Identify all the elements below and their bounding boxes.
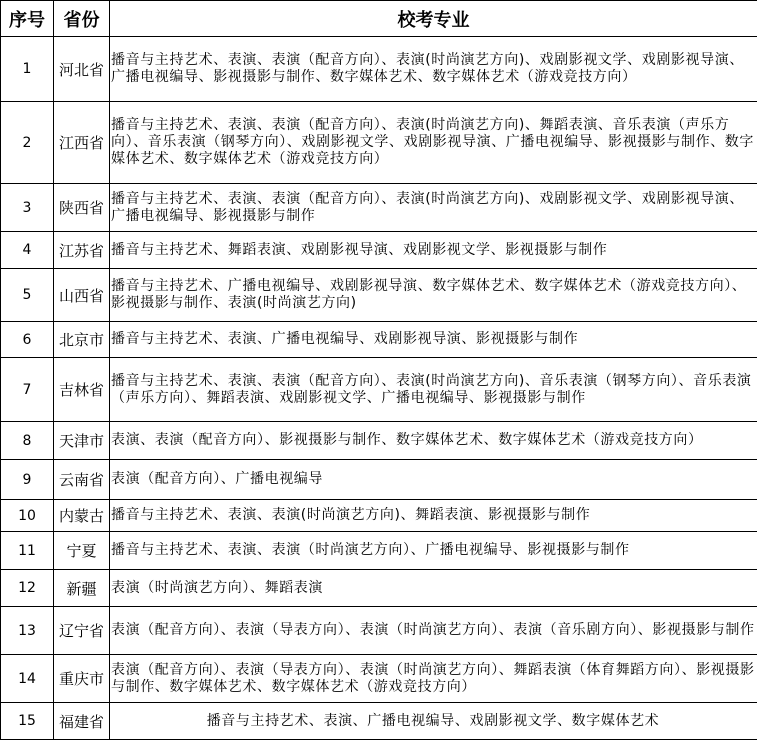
table-row: 5 山西省 播音与主持艺术、广播电视编导、戏剧影视导演、数字媒体艺术、数字媒体艺…: [1, 269, 757, 322]
row-province: 北京市: [54, 322, 110, 358]
row-majors: 播音与主持艺术、表演、表演（时尚演艺方向）、广播电视编导、影视摄影与制作: [110, 532, 757, 570]
row-majors: 播音与主持艺术、表演、表演（配音方向）、表演(时尚演艺方向)、戏剧影视文学、戏剧…: [110, 37, 757, 102]
row-province: 福建省: [54, 703, 110, 740]
row-province: 辽宁省: [54, 607, 110, 655]
row-index: 12: [1, 570, 54, 607]
row-majors: 播音与主持艺术、表演、表演（配音方向）、表演(时尚演艺方向)、舞蹈表演、音乐表演…: [110, 102, 757, 184]
table-row: 10 内蒙古 播音与主持艺术、表演、表演(时尚演艺方向)、舞蹈表演、影视摄影与制…: [1, 500, 757, 532]
row-index: 9: [1, 460, 54, 500]
table-row: 8 天津市 表演、表演（配音方向）、影视摄影与制作、数字媒体艺术、数字媒体艺术（…: [1, 422, 757, 460]
row-majors: 播音与主持艺术、表演、表演（配音方向）、表演(时尚演艺方向)、音乐表演（钢琴方向…: [110, 358, 757, 422]
row-index: 10: [1, 500, 54, 532]
row-province: 云南省: [54, 460, 110, 500]
table-row: 6 北京市 播音与主持艺术、表演、广播电视编导、戏剧影视导演、影视摄影与制作: [1, 322, 757, 358]
table-row: 12 新疆 表演（时尚演艺方向）、舞蹈表演: [1, 570, 757, 607]
table-row: 3 陕西省 播音与主持艺术、表演、表演（配音方向）、表演(时尚演艺方向)、戏剧影…: [1, 184, 757, 232]
table-row: 15 福建省 播音与主持艺术、表演、广播电视编导、戏剧影视文学、数字媒体艺术: [1, 703, 757, 740]
row-province: 陕西省: [54, 184, 110, 232]
row-province: 天津市: [54, 422, 110, 460]
header-province: 省份: [54, 1, 110, 37]
row-majors: 表演（配音方向）、表演（导表方向）、表演（时尚演艺方向）、表演（音乐剧方向）、影…: [110, 607, 757, 655]
row-index: 1: [1, 37, 54, 102]
row-index: 11: [1, 532, 54, 570]
row-majors: 播音与主持艺术、广播电视编导、戏剧影视导演、数字媒体艺术、数字媒体艺术（游戏竞技…: [110, 269, 757, 322]
row-index: 6: [1, 322, 54, 358]
row-province: 新疆: [54, 570, 110, 607]
table-row: 9 云南省 表演（配音方向）、广播电视编导: [1, 460, 757, 500]
row-index: 14: [1, 655, 54, 703]
table-body: 1 河北省 播音与主持艺术、表演、表演（配音方向）、表演(时尚演艺方向)、戏剧影…: [1, 37, 757, 740]
header-index: 序号: [1, 1, 54, 37]
header-row: 序号 省份 校考专业: [1, 1, 757, 37]
row-province: 江西省: [54, 102, 110, 184]
row-majors: 播音与主持艺术、表演、表演(时尚演艺方向)、舞蹈表演、影视摄影与制作: [110, 500, 757, 532]
row-province: 山西省: [54, 269, 110, 322]
row-index: 2: [1, 102, 54, 184]
header-majors: 校考专业: [110, 1, 757, 37]
row-majors: 播音与主持艺术、表演、表演（配音方向）、表演(时尚演艺方向)、戏剧影视文学、戏剧…: [110, 184, 757, 232]
row-province: 河北省: [54, 37, 110, 102]
row-province: 内蒙古: [54, 500, 110, 532]
row-majors: 表演（配音方向）、广播电视编导: [110, 460, 757, 500]
table-row: 7 吉林省 播音与主持艺术、表演、表演（配音方向）、表演(时尚演艺方向)、音乐表…: [1, 358, 757, 422]
table-row: 11 宁夏 播音与主持艺术、表演、表演（时尚演艺方向）、广播电视编导、影视摄影与…: [1, 532, 757, 570]
row-majors: 表演（时尚演艺方向）、舞蹈表演: [110, 570, 757, 607]
table-row: 2 江西省 播音与主持艺术、表演、表演（配音方向）、表演(时尚演艺方向)、舞蹈表…: [1, 102, 757, 184]
table-row: 1 河北省 播音与主持艺术、表演、表演（配音方向）、表演(时尚演艺方向)、戏剧影…: [1, 37, 757, 102]
row-province: 重庆市: [54, 655, 110, 703]
table-row: 4 江苏省 播音与主持艺术、舞蹈表演、戏剧影视导演、戏剧影视文学、影视摄影与制作: [1, 232, 757, 269]
row-index: 4: [1, 232, 54, 269]
majors-table: 序号 省份 校考专业 1 河北省 播音与主持艺术、表演、表演（配音方向）、表演(…: [0, 0, 757, 740]
row-majors: 播音与主持艺术、表演、广播电视编导、戏剧影视导演、影视摄影与制作: [110, 322, 757, 358]
row-majors: 表演、表演（配音方向）、影视摄影与制作、数字媒体艺术、数字媒体艺术（游戏竞技方向…: [110, 422, 757, 460]
row-majors: 表演（配音方向）、表演（导表方向）、表演（时尚演艺方向）、舞蹈表演（体育舞蹈方向…: [110, 655, 757, 703]
row-index: 3: [1, 184, 54, 232]
row-index: 5: [1, 269, 54, 322]
row-majors: 播音与主持艺术、舞蹈表演、戏剧影视导演、戏剧影视文学、影视摄影与制作: [110, 232, 757, 269]
row-province: 江苏省: [54, 232, 110, 269]
row-index: 8: [1, 422, 54, 460]
row-majors: 播音与主持艺术、表演、广播电视编导、戏剧影视文学、数字媒体艺术: [110, 703, 757, 740]
row-index: 13: [1, 607, 54, 655]
row-index: 15: [1, 703, 54, 740]
table-row: 13 辽宁省 表演（配音方向）、表演（导表方向）、表演（时尚演艺方向）、表演（音…: [1, 607, 757, 655]
row-index: 7: [1, 358, 54, 422]
row-province: 吉林省: [54, 358, 110, 422]
table-row: 14 重庆市 表演（配音方向）、表演（导表方向）、表演（时尚演艺方向）、舞蹈表演…: [1, 655, 757, 703]
row-province: 宁夏: [54, 532, 110, 570]
